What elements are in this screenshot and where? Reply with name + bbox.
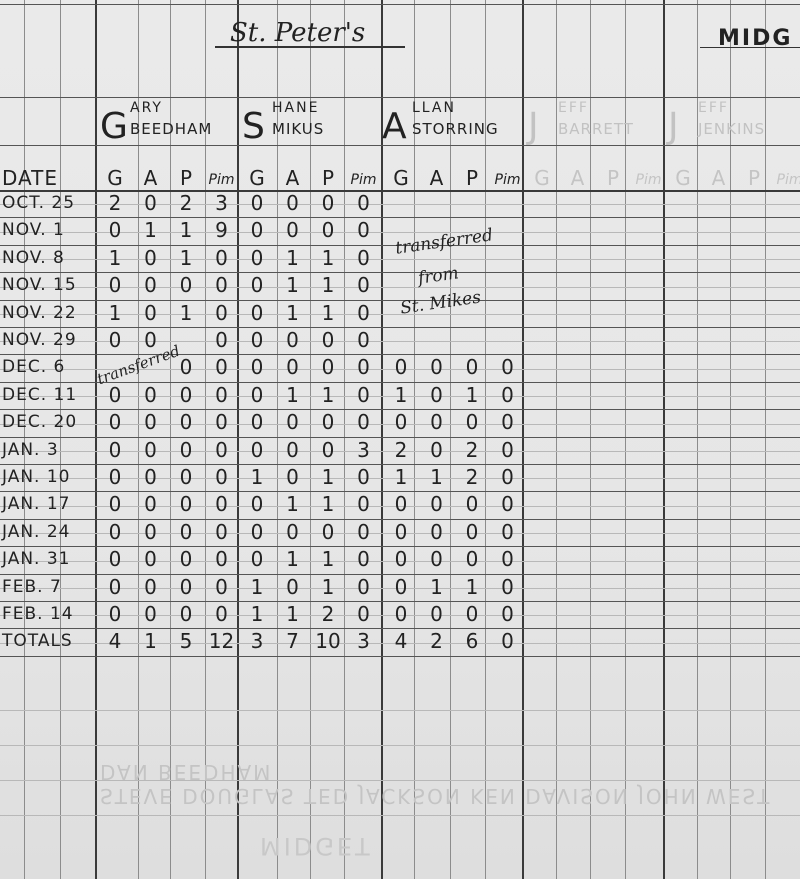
stat-cell: 1 xyxy=(310,547,346,571)
stat-cell: 0 xyxy=(454,410,490,434)
stat-cell: 1 xyxy=(275,602,311,626)
stat-cell: 1 xyxy=(454,383,490,407)
stat-cell: 0 xyxy=(490,602,526,626)
stat-cell: 0 xyxy=(275,218,311,242)
stat-cell: 1 xyxy=(275,301,311,325)
stat-header-points: P xyxy=(310,166,346,190)
grid-line-horizontal xyxy=(0,4,800,5)
stat-cell: 0 xyxy=(97,492,133,516)
stat-cell: 0 xyxy=(204,355,240,379)
date-cell: NOV. 1 xyxy=(2,220,65,240)
stat-cell: 0 xyxy=(383,602,419,626)
grid-line-faint xyxy=(0,710,800,711)
stat-cell: 0 xyxy=(310,328,346,352)
stat-cell: 2 xyxy=(310,602,346,626)
stat-cell: 0 xyxy=(419,410,455,434)
stat-cell: 9 xyxy=(204,218,240,242)
stat-cell: 1 xyxy=(454,575,490,599)
date-column-header: DATE xyxy=(2,166,58,190)
stat-cell: 0 xyxy=(133,273,169,297)
stat-cell: 0 xyxy=(168,492,204,516)
stat-cell: 0 xyxy=(346,602,382,626)
stat-cell: 1 xyxy=(168,218,204,242)
stat-header-goals: G xyxy=(383,166,419,190)
player-initial: A xyxy=(382,106,407,147)
date-cell: JAN. 31 xyxy=(2,549,71,569)
stat-header-assists: A xyxy=(133,166,169,190)
stat-cell: 0 xyxy=(239,328,275,352)
stat-cell: 0 xyxy=(419,492,455,516)
total-cell: 5 xyxy=(168,629,204,653)
stat-cell: 0 xyxy=(204,492,240,516)
date-cell: FEB. 14 xyxy=(2,604,74,624)
stat-cell: 0 xyxy=(97,547,133,571)
stat-cell: 0 xyxy=(490,520,526,544)
stat-cell: 1 xyxy=(310,273,346,297)
stat-cell: 0 xyxy=(346,383,382,407)
stat-cell: 0 xyxy=(204,465,240,489)
stat-cell: 0 xyxy=(239,191,275,215)
stat-cell: 1 xyxy=(133,218,169,242)
stat-cell: 0 xyxy=(204,246,240,270)
player-last-name: BARRETT xyxy=(558,120,634,138)
stat-cell: 1 xyxy=(310,301,346,325)
stat-cell: 0 xyxy=(133,191,169,215)
stat-cell: 2 xyxy=(97,191,133,215)
stat-cell: 0 xyxy=(133,465,169,489)
stat-cell: 0 xyxy=(454,520,490,544)
stat-cell: 0 xyxy=(239,547,275,571)
stat-cell: 0 xyxy=(383,492,419,516)
date-cell: JAN. 10 xyxy=(2,467,71,487)
total-cell: 12 xyxy=(204,629,240,653)
date-cell: NOV. 15 xyxy=(2,275,77,295)
stat-cell: 0 xyxy=(310,410,346,434)
total-cell: 1 xyxy=(133,629,169,653)
stat-cell: 0 xyxy=(133,246,169,270)
stat-header-pim: Pim xyxy=(204,172,240,188)
stat-cell: 0 xyxy=(168,547,204,571)
date-cell: NOV. 22 xyxy=(2,303,77,323)
stat-cell: 2 xyxy=(383,438,419,462)
title-underline xyxy=(215,46,405,48)
stat-cell: 0 xyxy=(97,410,133,434)
stat-cell: 0 xyxy=(168,273,204,297)
stat-cell: 0 xyxy=(204,301,240,325)
stat-cell: 0 xyxy=(204,383,240,407)
stat-cell: 1 xyxy=(310,492,346,516)
stat-cell: 1 xyxy=(275,246,311,270)
stat-header-points: P xyxy=(454,166,490,190)
stat-cell: 2 xyxy=(454,438,490,462)
date-cell: JAN. 17 xyxy=(2,494,71,514)
stat-cell: 0 xyxy=(490,492,526,516)
stat-cell: 0 xyxy=(490,438,526,462)
stat-cell: 1 xyxy=(239,602,275,626)
stat-cell: 0 xyxy=(204,602,240,626)
stat-cell: 0 xyxy=(310,218,346,242)
stat-cell: 0 xyxy=(383,520,419,544)
stat-cell: 0 xyxy=(133,301,169,325)
stat-cell: 0 xyxy=(239,383,275,407)
date-cell: JAN. 24 xyxy=(2,522,71,542)
grid-line-row xyxy=(0,656,800,657)
total-cell: 0 xyxy=(490,629,526,653)
stat-cell: 3 xyxy=(204,191,240,215)
stat-cell: 0 xyxy=(168,575,204,599)
stat-cell: 0 xyxy=(310,191,346,215)
stat-cell: 0 xyxy=(204,520,240,544)
stat-cell: 0 xyxy=(275,575,311,599)
total-cell: 4 xyxy=(383,629,419,653)
stat-cell: 0 xyxy=(239,355,275,379)
stat-header-assists: A xyxy=(701,166,737,190)
stat-cell: 1 xyxy=(383,383,419,407)
stat-cell: 0 xyxy=(346,301,382,325)
stat-cell: 0 xyxy=(204,273,240,297)
stat-cell: 0 xyxy=(204,575,240,599)
date-cell: DEC. 6 xyxy=(2,357,65,377)
stat-cell: 0 xyxy=(204,328,240,352)
total-cell: 4 xyxy=(97,629,133,653)
stat-cell: 0 xyxy=(239,492,275,516)
stat-cell: 0 xyxy=(275,328,311,352)
stat-cell: 0 xyxy=(133,575,169,599)
stat-cell: 1 xyxy=(310,575,346,599)
total-cell: 6 xyxy=(454,629,490,653)
stat-header-goals: G xyxy=(97,166,133,190)
date-cell: NOV. 29 xyxy=(2,330,77,350)
stat-cell: 1 xyxy=(97,301,133,325)
bleed-through-names: STEVE DOUGLAS TED JACKSON KEN DAVISON JO… xyxy=(100,760,800,808)
stat-header-assists: A xyxy=(275,166,311,190)
stat-cell: 0 xyxy=(97,438,133,462)
stat-cell: 0 xyxy=(275,191,311,215)
stat-cell: 0 xyxy=(419,602,455,626)
stat-cell: 0 xyxy=(346,575,382,599)
stat-cell: 0 xyxy=(419,383,455,407)
stat-cell: 0 xyxy=(454,547,490,571)
stat-cell: 1 xyxy=(419,465,455,489)
stat-header-pim: Pim xyxy=(631,172,667,188)
stat-header-pim: Pim xyxy=(490,172,526,188)
stat-cell: 0 xyxy=(454,355,490,379)
player-first-name: EFF xyxy=(558,100,589,116)
stat-cell: 0 xyxy=(490,465,526,489)
stat-cell: 0 xyxy=(239,246,275,270)
stat-cell: 0 xyxy=(168,438,204,462)
stat-cell: 0 xyxy=(239,438,275,462)
allan-transfer-note-line2: from xyxy=(417,263,460,288)
stat-cell: 2 xyxy=(454,465,490,489)
stat-cell: 0 xyxy=(239,520,275,544)
player-initial: J xyxy=(668,106,679,147)
stat-cell: 0 xyxy=(168,410,204,434)
stat-header-assists: A xyxy=(560,166,596,190)
stat-cell: 1 xyxy=(275,383,311,407)
grid-line-vertical-divider xyxy=(663,0,665,879)
stat-cell: 0 xyxy=(346,218,382,242)
stat-cell: 0 xyxy=(419,520,455,544)
stat-cell: 0 xyxy=(239,410,275,434)
stat-cell: 3 xyxy=(346,438,382,462)
player-last-name: JENKINS xyxy=(698,120,765,138)
stat-cell: 1 xyxy=(310,465,346,489)
stat-cell: 0 xyxy=(97,575,133,599)
stat-header-goals: G xyxy=(665,166,701,190)
player-first-name: LLAN xyxy=(412,100,456,116)
stat-cell: 0 xyxy=(346,410,382,434)
stat-cell: 0 xyxy=(454,492,490,516)
total-cell: 2 xyxy=(419,629,455,653)
stat-cell: 0 xyxy=(133,438,169,462)
stat-cell: 0 xyxy=(383,547,419,571)
stat-header-assists: A xyxy=(419,166,455,190)
stat-cell: 0 xyxy=(383,410,419,434)
stat-cell: 0 xyxy=(204,410,240,434)
stat-cell: 0 xyxy=(275,465,311,489)
stat-cell: 1 xyxy=(168,246,204,270)
stat-cell: 0 xyxy=(133,547,169,571)
grid-line-vertical xyxy=(765,0,766,879)
stat-cell: 0 xyxy=(383,355,419,379)
date-cell: JAN. 3 xyxy=(2,440,59,460)
player-last-name: BEEDHAM xyxy=(130,120,212,138)
player-initial: S xyxy=(242,106,265,147)
date-cell: FEB. 7 xyxy=(2,577,62,597)
division-underline xyxy=(700,47,800,48)
stat-cell: 0 xyxy=(168,602,204,626)
stat-cell: 0 xyxy=(97,328,133,352)
stat-cell: 0 xyxy=(419,547,455,571)
stat-header-goals: G xyxy=(524,166,560,190)
stat-cell: 0 xyxy=(204,438,240,462)
grid-line-faint xyxy=(0,745,800,746)
stat-cell: 0 xyxy=(346,191,382,215)
stat-cell: 1 xyxy=(310,383,346,407)
player-first-name: ARY xyxy=(130,100,163,116)
stat-cell: 0 xyxy=(419,438,455,462)
stat-cell: 0 xyxy=(490,410,526,434)
stat-cell: 0 xyxy=(168,520,204,544)
stat-cell: 0 xyxy=(275,355,311,379)
grid-line-horizontal xyxy=(0,97,800,98)
stat-cell: 0 xyxy=(239,301,275,325)
stat-cell: 0 xyxy=(239,273,275,297)
grid-line-vertical xyxy=(60,0,61,879)
stat-cell: 0 xyxy=(490,355,526,379)
stat-cell: 0 xyxy=(490,547,526,571)
stat-cell: 0 xyxy=(133,383,169,407)
allan-transfer-note-line1: transferred xyxy=(394,225,494,258)
scoresheet-page: St. Peter's MIDG G ARY BEEDHAM S HANE MI… xyxy=(0,0,800,879)
stat-cell: 0 xyxy=(168,383,204,407)
stat-cell: 0 xyxy=(346,465,382,489)
date-cell: OCT. 25 xyxy=(2,193,75,213)
stat-cell: 0 xyxy=(454,602,490,626)
stat-header-points: P xyxy=(736,166,772,190)
total-cell: 7 xyxy=(275,629,311,653)
player-last-name: STORRING xyxy=(412,120,499,138)
stat-cell: 0 xyxy=(346,520,382,544)
player-first-name: EFF xyxy=(698,100,729,116)
stat-cell: 0 xyxy=(204,547,240,571)
stat-header-points: P xyxy=(168,166,204,190)
stat-cell: 1 xyxy=(168,301,204,325)
stat-cell: 0 xyxy=(275,520,311,544)
stat-cell: 0 xyxy=(97,602,133,626)
stat-cell: 0 xyxy=(168,465,204,489)
stat-cell: 0 xyxy=(310,355,346,379)
player-initial: J xyxy=(528,106,539,147)
stat-cell: 0 xyxy=(239,218,275,242)
date-cell: NOV. 8 xyxy=(2,248,65,268)
stat-cell: 0 xyxy=(133,492,169,516)
player-initial: G xyxy=(100,106,128,147)
stat-cell: 0 xyxy=(97,465,133,489)
stat-cell: 0 xyxy=(490,575,526,599)
stat-cell: 0 xyxy=(133,410,169,434)
date-cell: DEC. 20 xyxy=(2,412,77,432)
total-cell: 3 xyxy=(239,629,275,653)
date-cell: DEC. 11 xyxy=(2,385,77,405)
stat-cell: 0 xyxy=(133,602,169,626)
stat-cell: 0 xyxy=(346,273,382,297)
stat-cell: 1 xyxy=(275,273,311,297)
totals-label: TOTALS xyxy=(2,631,73,651)
stat-header-pim: Pim xyxy=(346,172,382,188)
team-title: St. Peter's xyxy=(230,18,365,48)
bleed-through-division: MIDGET xyxy=(260,832,373,860)
stat-cell: 0 xyxy=(275,410,311,434)
stat-cell: 1 xyxy=(97,246,133,270)
stat-cell: 1 xyxy=(383,465,419,489)
stat-cell: 1 xyxy=(275,492,311,516)
stat-cell: 0 xyxy=(490,383,526,407)
stat-cell: 0 xyxy=(275,438,311,462)
stat-cell: 0 xyxy=(97,520,133,544)
stat-cell: 0 xyxy=(346,492,382,516)
stat-cell: 1 xyxy=(239,575,275,599)
stat-cell: 1 xyxy=(419,575,455,599)
stat-cell: 0 xyxy=(383,575,419,599)
total-cell: 3 xyxy=(346,629,382,653)
stat-cell: 1 xyxy=(239,465,275,489)
stat-header-goals: G xyxy=(239,166,275,190)
total-cell: 10 xyxy=(310,629,346,653)
stat-header-pim: Pim xyxy=(772,172,800,188)
stat-cell: 0 xyxy=(310,438,346,462)
stat-header-points: P xyxy=(595,166,631,190)
grid-line-vertical xyxy=(556,0,557,879)
stat-cell: 0 xyxy=(97,218,133,242)
stat-cell: 0 xyxy=(419,355,455,379)
stat-cell: 0 xyxy=(346,355,382,379)
player-first-name: HANE xyxy=(272,100,319,116)
stat-cell: 0 xyxy=(310,520,346,544)
stat-cell: 0 xyxy=(346,547,382,571)
grid-line-faint xyxy=(0,815,800,816)
player-last-name: MIKUS xyxy=(272,120,324,138)
stat-cell: 0 xyxy=(346,246,382,270)
stat-cell: 0 xyxy=(97,273,133,297)
stat-cell: 1 xyxy=(310,246,346,270)
stat-cell: 0 xyxy=(133,520,169,544)
stat-cell: 0 xyxy=(346,328,382,352)
stat-cell: 1 xyxy=(275,547,311,571)
stat-cell: 2 xyxy=(168,191,204,215)
